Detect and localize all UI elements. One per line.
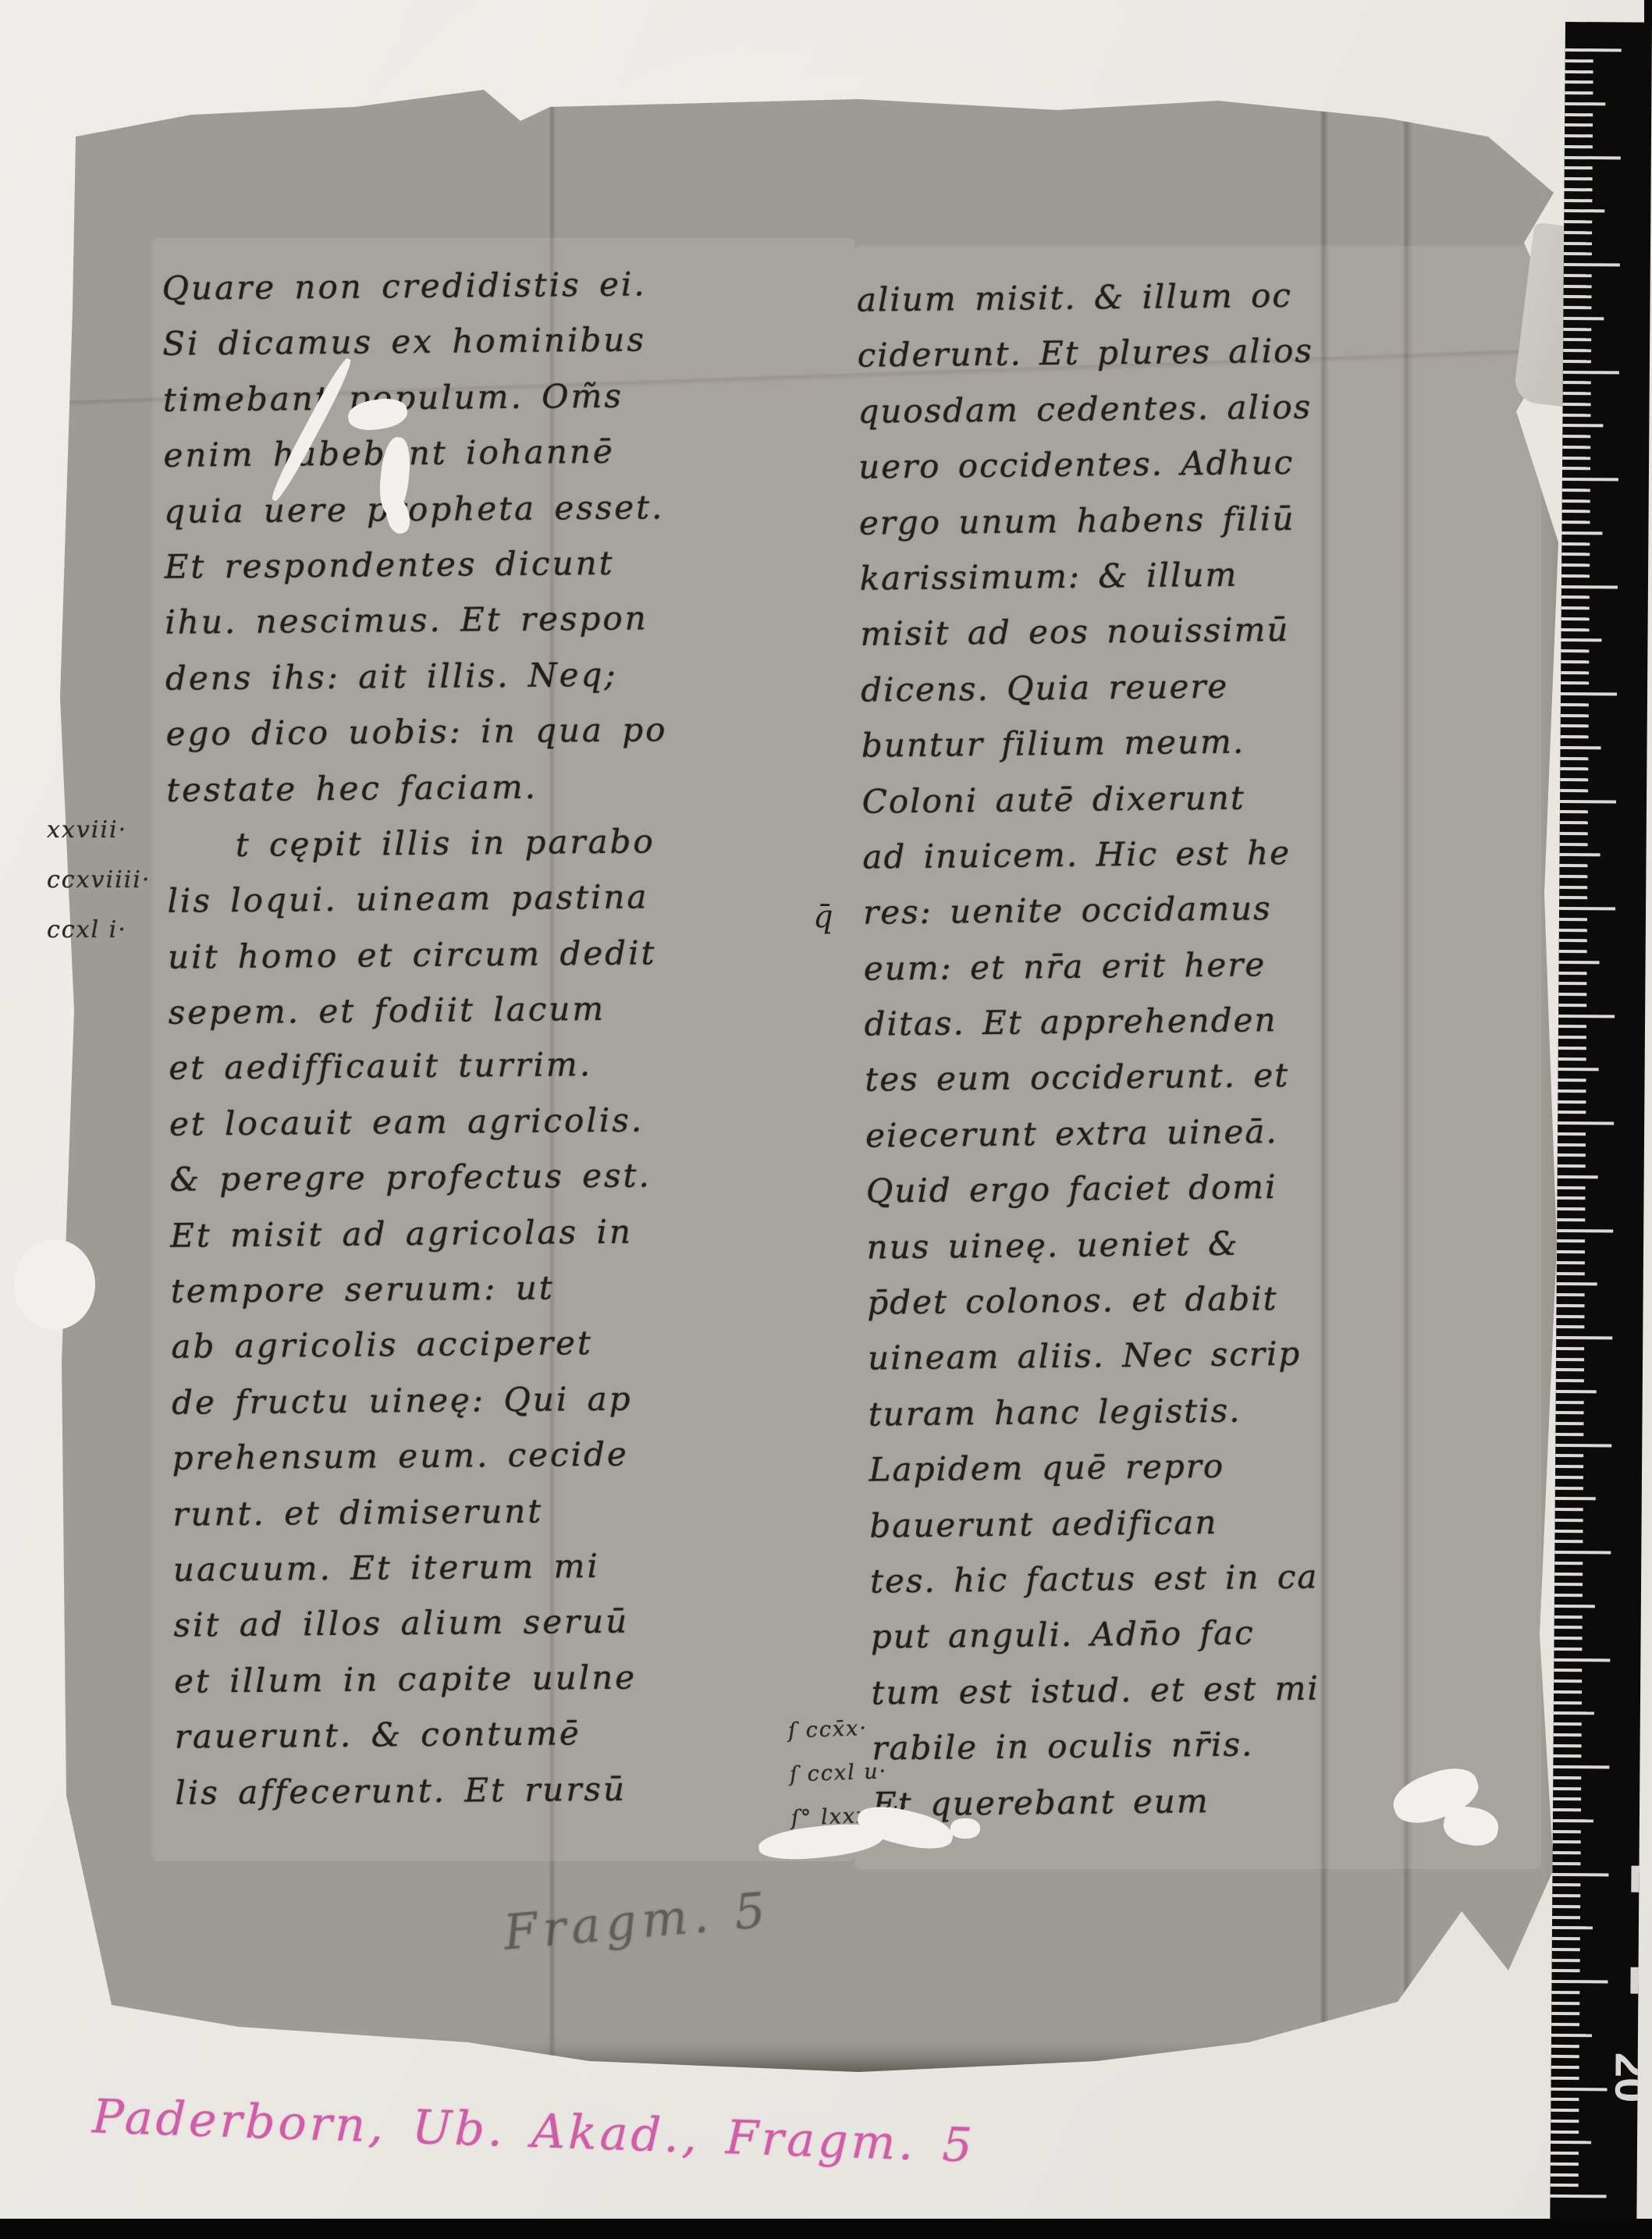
ruler-tick bbox=[1560, 821, 1588, 824]
ruler-tick bbox=[1561, 681, 1589, 684]
manuscript-line: Quid ergo faciet domi bbox=[866, 1157, 1561, 1220]
ruler-tick bbox=[1557, 1261, 1585, 1264]
ruler-tick bbox=[1559, 896, 1587, 899]
manuscript-line: uacuum. Et iterum mi bbox=[173, 1536, 851, 1598]
left-text-column: Quare non credidistis ei.Si dicamus ex h… bbox=[162, 254, 852, 1820]
ruler-tick bbox=[1562, 446, 1590, 449]
ruler-tick bbox=[1557, 1250, 1585, 1253]
ruler-tick bbox=[1554, 1551, 1611, 1555]
ruler-tick bbox=[1554, 1572, 1583, 1575]
ruler-tick bbox=[1557, 1196, 1585, 1199]
ruler-tick bbox=[1551, 2163, 1579, 2166]
ruler-tick bbox=[1552, 1872, 1608, 1876]
ruler-tick bbox=[1551, 2195, 1607, 2198]
ruler-tick bbox=[1564, 295, 1592, 298]
ruler-tick bbox=[1554, 1701, 1582, 1704]
margin-numeral: ccxl i· bbox=[47, 905, 151, 955]
ruler-tick bbox=[1561, 606, 1590, 610]
ruler-tick bbox=[1560, 853, 1600, 856]
ruler-tick bbox=[1557, 1239, 1585, 1242]
ruler-tick bbox=[1554, 1615, 1583, 1618]
ruler-tick bbox=[1553, 1851, 1581, 1854]
ruler-tick bbox=[1560, 756, 1588, 759]
ruler-tick bbox=[1561, 703, 1589, 706]
ruler-tick bbox=[1551, 2109, 1579, 2112]
ruler-tick bbox=[1558, 1143, 1586, 1146]
ruler-tick bbox=[1559, 875, 1587, 878]
left-margin-numerals: xxviii·ccxviiii·ccxl i· bbox=[47, 805, 151, 955]
ruler-tick bbox=[1561, 692, 1617, 696]
ruler-tick bbox=[1562, 478, 1618, 482]
ruler-tick bbox=[1552, 1969, 1580, 1972]
ruler-tick bbox=[1556, 1314, 1584, 1317]
ruler-tick bbox=[1558, 1068, 1599, 1071]
ruler-tick bbox=[1553, 1786, 1581, 1789]
ruler-tick bbox=[1553, 1840, 1581, 1843]
ruler-tick bbox=[1555, 1443, 1611, 1447]
ruler-tick bbox=[1552, 1937, 1580, 1940]
ruler-tick bbox=[1554, 1743, 1582, 1747]
edge-notch bbox=[14, 1239, 95, 1330]
ruler-tick bbox=[1565, 155, 1621, 159]
ruler-tick bbox=[1558, 1121, 1614, 1125]
ruler-tick bbox=[1558, 1089, 1586, 1093]
ruler-tick bbox=[1551, 2141, 1591, 2144]
manuscript-line: alium misit. & illum oc bbox=[857, 265, 1552, 328]
manuscript-line: testate hec faciam. bbox=[166, 756, 844, 818]
ruler-tick bbox=[1561, 649, 1589, 652]
ruler-tick bbox=[1551, 1980, 1608, 1984]
ruler-tick bbox=[1555, 1422, 1583, 1425]
intercolumn-correction-mark: q̄ bbox=[813, 899, 833, 935]
ruler-tick bbox=[1564, 198, 1592, 201]
ruler-tick bbox=[1565, 134, 1593, 137]
ruler-tick bbox=[1558, 1132, 1586, 1135]
ruler-tick bbox=[1551, 2152, 1579, 2155]
ruler-tick bbox=[1556, 1336, 1612, 1340]
ruler-tick bbox=[1551, 2023, 1579, 2026]
manuscript-line: tes eum occiderunt. et bbox=[865, 1045, 1560, 1108]
manuscript-line: et illum in capite uulne bbox=[174, 1647, 852, 1709]
ruler-tick bbox=[1564, 231, 1592, 234]
ruler-tick bbox=[1557, 1207, 1585, 1210]
ruler-tick bbox=[1561, 735, 1589, 738]
manuscript-line: runt. et dimiserunt bbox=[172, 1480, 851, 1542]
ruler-tick bbox=[1561, 660, 1589, 663]
ruler-tick bbox=[1558, 1047, 1586, 1050]
ruler-tick bbox=[1564, 252, 1592, 255]
margin-numeral: ſ ccx̄x· bbox=[787, 1705, 905, 1753]
ruler-tick bbox=[1553, 1765, 1609, 1769]
ruler-tick bbox=[1565, 123, 1593, 126]
ruler-tick bbox=[1564, 188, 1592, 191]
ruler-tick bbox=[1561, 627, 1590, 631]
manuscript-photo: Quare non credidistis ei.Si dicamus ex h… bbox=[0, 0, 1652, 2239]
ruler-tick bbox=[1562, 467, 1590, 470]
manuscript-line: bauerunt aedifican bbox=[869, 1491, 1565, 1554]
ruler-tick bbox=[1563, 403, 1591, 406]
ruler-tick bbox=[1551, 1991, 1579, 1994]
manuscript-line: quosdam cedentes. alios bbox=[858, 376, 1553, 439]
ruler-tick bbox=[1560, 832, 1588, 835]
ruler-tick bbox=[1560, 789, 1588, 792]
ruler-tick bbox=[1565, 145, 1593, 148]
ruler-tick bbox=[1553, 1829, 1581, 1832]
manuscript-line: rauerunt. & contumē bbox=[174, 1703, 852, 1765]
ruler-tick bbox=[1552, 1883, 1580, 1886]
manuscript-line: ciderunt. Et plures alios bbox=[857, 321, 1552, 384]
ruler-tick bbox=[1551, 2066, 1579, 2069]
ruler-tick bbox=[1556, 1390, 1597, 1393]
manuscript-line: t cępit illis in parabo bbox=[167, 812, 845, 873]
manuscript-line: Lapidem quē repro bbox=[869, 1435, 1564, 1498]
ruler-tick bbox=[1553, 1808, 1581, 1811]
photo-bottom-edge bbox=[0, 2219, 1652, 2239]
ruler-tick bbox=[1560, 799, 1616, 803]
manuscript-line: tes. hic factus est in ca bbox=[870, 1546, 1565, 1609]
ruler-tick bbox=[1563, 360, 1591, 363]
ruler-tick bbox=[1557, 1304, 1585, 1307]
manuscript-line: karissimum: & illum bbox=[859, 543, 1554, 606]
manuscript-line: tempore seruum: ut bbox=[171, 1257, 849, 1319]
ruler-tick bbox=[1558, 1004, 1586, 1007]
manuscript-line: Si dicamus ex hominibus bbox=[162, 311, 840, 372]
manuscript-line: res: uenite occidamus bbox=[863, 878, 1558, 941]
ruler-tick bbox=[1557, 1228, 1613, 1232]
margin-numeral: xxviii· bbox=[47, 805, 151, 855]
ruler-tick bbox=[1558, 1036, 1586, 1039]
ruler-tick bbox=[1553, 1819, 1593, 1822]
ruler-tick bbox=[1558, 1175, 1598, 1178]
ruler-tick bbox=[1554, 1529, 1583, 1532]
manuscript-line: prehensum eum. cecide bbox=[172, 1424, 850, 1486]
ruler-tick bbox=[1555, 1433, 1583, 1436]
ruler-tick bbox=[1563, 381, 1591, 384]
ruler-tick bbox=[1561, 553, 1590, 556]
ruler-tick bbox=[1561, 638, 1601, 641]
manuscript-line: uit homo et circum dedit bbox=[168, 923, 846, 985]
ruler-tick bbox=[1551, 2087, 1607, 2091]
ruler-tick bbox=[1564, 284, 1592, 287]
ruler-tick bbox=[1558, 1014, 1615, 1018]
ruler-tick bbox=[1551, 2184, 1579, 2187]
manuscript-line: uineam aliis. Nec scrip bbox=[868, 1324, 1563, 1387]
manuscript-line: quia uere propheta esset. bbox=[164, 478, 842, 539]
ruler-tick bbox=[1558, 1025, 1586, 1028]
ruler-tick bbox=[1557, 1218, 1585, 1221]
ruler-tick bbox=[1558, 1057, 1586, 1060]
manuscript-line: ergo unum habens filiū bbox=[859, 488, 1554, 551]
manuscript-line: sepem. et fodiit lacum bbox=[168, 979, 846, 1040]
ruler-tick bbox=[1561, 595, 1590, 599]
ruler-tick bbox=[1564, 209, 1604, 212]
ruler-tick bbox=[1554, 1722, 1582, 1725]
manuscript-line: Et misit ad agricolas in bbox=[170, 1202, 848, 1263]
ruler-tick bbox=[1558, 971, 1586, 974]
ruler-tick bbox=[1560, 746, 1600, 749]
ruler-tick bbox=[1551, 2098, 1579, 2101]
tear-hole bbox=[950, 1818, 980, 1839]
ruler-tick bbox=[1551, 2034, 1592, 2037]
ruler-tick bbox=[1561, 670, 1589, 673]
ruler-tick bbox=[1557, 1271, 1585, 1274]
ruler-tick bbox=[1562, 499, 1590, 502]
ruler-tick bbox=[1558, 1185, 1586, 1189]
right-text-column: alium misit. & illum occiderunt. Et plur… bbox=[857, 265, 1568, 1832]
manuscript-line: eum: et nr̄a erit here bbox=[864, 933, 1559, 997]
ruler-tick bbox=[1559, 928, 1587, 931]
ruler-tick bbox=[1559, 950, 1587, 953]
manuscript-line: put anguli. Adn̄o fac bbox=[871, 1602, 1566, 1665]
ruler-tick bbox=[1551, 2044, 1579, 2047]
manuscript-line: lis affecerunt. Et rursū bbox=[175, 1759, 853, 1821]
ruler-tick bbox=[1553, 1797, 1581, 1800]
manuscript-line: rabile in oculis nr̄is. bbox=[872, 1713, 1567, 1776]
ruler-tick bbox=[1564, 220, 1592, 223]
margin-numeral: ccxviiii· bbox=[47, 855, 151, 905]
ruler-tick bbox=[1555, 1454, 1583, 1457]
ruler-tick bbox=[1553, 1776, 1581, 1779]
ruler-tick bbox=[1551, 2077, 1579, 2080]
ruler-tick bbox=[1562, 456, 1590, 459]
ruler-tick bbox=[1554, 1594, 1583, 1597]
ruler-tick bbox=[1565, 166, 1593, 169]
manuscript-line: dens ihs: ait illis. Neq; bbox=[165, 645, 844, 706]
ruler-tick bbox=[1556, 1368, 1584, 1371]
ruler-tick bbox=[1554, 1669, 1582, 1672]
ruler-tick bbox=[1563, 370, 1619, 374]
manuscript-line: ego dico uobis: in qua po bbox=[165, 700, 844, 762]
manuscript-line: Et respondentes dicunt bbox=[164, 533, 842, 595]
ruler-tick bbox=[1555, 1497, 1596, 1500]
manuscript-line: tum est istud. et est mi bbox=[871, 1658, 1566, 1721]
ruler-number-fragment bbox=[1631, 1866, 1639, 1892]
ruler-tick bbox=[1565, 59, 1593, 62]
ruler-tick bbox=[1553, 1862, 1581, 1865]
manuscript-line: et locauit eam agricolis. bbox=[169, 1090, 847, 1152]
ruler-tick bbox=[1559, 864, 1587, 867]
manuscript-line: Quare non credidistis ei. bbox=[162, 254, 840, 316]
manuscript-line: ad inuicem. Hic est he bbox=[862, 822, 1558, 885]
ruler-tick bbox=[1555, 1465, 1583, 1468]
ruler-tick bbox=[1561, 713, 1589, 716]
ruler-tick bbox=[1560, 778, 1588, 781]
manuscript-line: de fructu uineę: Qui ap bbox=[172, 1369, 850, 1430]
ruler-tick bbox=[1552, 1958, 1580, 1961]
ruler-tick bbox=[1563, 349, 1591, 352]
ruler-tick bbox=[1554, 1540, 1583, 1543]
manuscript-line: p̄det colonos. et dabit bbox=[867, 1267, 1562, 1331]
ruler-tick bbox=[1554, 1637, 1583, 1640]
manuscript-line: ditas. Et apprehenden bbox=[864, 989, 1559, 1052]
ruler-tick bbox=[1554, 1626, 1583, 1629]
ruler-tick bbox=[1552, 1894, 1580, 1897]
ruler-tick bbox=[1556, 1400, 1584, 1403]
ruler-tick bbox=[1551, 2055, 1579, 2058]
ruler-tick bbox=[1556, 1325, 1584, 1328]
ruler-tick bbox=[1565, 102, 1605, 105]
ruler-tick bbox=[1551, 2001, 1579, 2004]
ruler-tick bbox=[1554, 1583, 1583, 1586]
ruler-tick bbox=[1559, 885, 1587, 888]
ruler-tick bbox=[1557, 1282, 1597, 1285]
manuscript-line: ab agricolis acciperet bbox=[171, 1313, 849, 1375]
ruler-tick bbox=[1562, 413, 1590, 416]
ruler-tick bbox=[1552, 1926, 1593, 1929]
ruler-tick bbox=[1553, 1754, 1581, 1757]
ruler-tick bbox=[1561, 563, 1590, 567]
ruler-tick bbox=[1560, 810, 1588, 813]
ruler-tick bbox=[1552, 1948, 1580, 1951]
manuscript-line: dicens. Quia reuere bbox=[861, 655, 1556, 718]
ruler-tick bbox=[1558, 1111, 1586, 1114]
manuscript-line: nus uineę. ueniet & bbox=[866, 1212, 1561, 1275]
ruler-tick bbox=[1551, 2130, 1579, 2133]
ruler-tick bbox=[1561, 531, 1602, 535]
ruler-tick bbox=[1556, 1357, 1584, 1360]
ruler-number-fragment bbox=[1630, 1967, 1638, 1994]
ruler-tick bbox=[1558, 1164, 1586, 1167]
ruler-tick bbox=[1558, 993, 1586, 996]
manuscript-line: enim habebant iohannē bbox=[163, 421, 841, 483]
ruler-tick bbox=[1554, 1733, 1582, 1736]
photo-edge bbox=[1644, 0, 1652, 23]
manuscript-line: sit ad illos alium seruū bbox=[173, 1592, 851, 1654]
ruler: 20 bbox=[1550, 22, 1652, 2222]
ruler-tick bbox=[1554, 1679, 1582, 1683]
ruler-tick bbox=[1563, 392, 1591, 395]
ruler-tick bbox=[1561, 585, 1618, 588]
ruler-tick bbox=[1559, 907, 1615, 911]
manuscript-line: timebant populum. Om̃s bbox=[163, 366, 841, 428]
ruler-tick bbox=[1558, 1079, 1586, 1082]
ruler-tick bbox=[1554, 1658, 1610, 1661]
ruler-tick bbox=[1554, 1647, 1582, 1651]
ruler-tick bbox=[1563, 317, 1604, 320]
ruler-tick bbox=[1555, 1486, 1583, 1489]
ruler-tick bbox=[1557, 1293, 1585, 1296]
ruler-tick bbox=[1556, 1379, 1584, 1382]
ruler-tick bbox=[1565, 177, 1593, 180]
ruler-tick bbox=[1551, 2120, 1579, 2123]
ruler-tick bbox=[1565, 69, 1593, 73]
ruler-tick bbox=[1562, 489, 1590, 492]
ruler-tick bbox=[1559, 961, 1600, 964]
ruler-tick bbox=[1565, 112, 1593, 116]
ruler-tick bbox=[1562, 435, 1590, 438]
ruler-tick bbox=[1554, 1605, 1595, 1608]
margin-numeral: ſ ccxl u· bbox=[789, 1749, 907, 1797]
ruler-tick bbox=[1556, 1411, 1584, 1414]
manuscript-line: ihu. nescimus. Et respon bbox=[165, 589, 843, 651]
manuscript-line: & peregre profectus est. bbox=[169, 1146, 847, 1207]
ruler-tick bbox=[1558, 982, 1586, 985]
ruler-tick bbox=[1551, 2173, 1579, 2176]
manuscript-line: lis loqui. uineam pastina bbox=[167, 868, 845, 929]
ruler-tick bbox=[1564, 274, 1592, 277]
ruler-tick bbox=[1554, 1711, 1594, 1715]
ruler-tick bbox=[1565, 80, 1593, 84]
ruler-tick bbox=[1560, 842, 1588, 845]
ruler-tick bbox=[1561, 724, 1589, 727]
ruler-tick bbox=[1561, 574, 1590, 578]
ruler-tick bbox=[1551, 2012, 1579, 2015]
ruler-tick bbox=[1565, 91, 1593, 94]
ruler-tick bbox=[1560, 767, 1588, 770]
ruler-tick bbox=[1559, 939, 1587, 942]
manuscript-line: et aedifficauit turrim. bbox=[169, 1035, 847, 1096]
ruler-tick bbox=[1564, 241, 1592, 244]
manuscript-line: turam hanc legistis. bbox=[869, 1379, 1564, 1442]
ruler-tick bbox=[1558, 1100, 1586, 1103]
ruler-tick bbox=[1561, 542, 1590, 545]
manuscript-line: eiecerunt extra uineā. bbox=[865, 1100, 1561, 1164]
manuscript-line: misit ad eos nouissimū bbox=[860, 599, 1555, 663]
ruler-tick bbox=[1563, 327, 1591, 330]
ruler-tick bbox=[1552, 1905, 1580, 1908]
ruler-tick bbox=[1562, 510, 1590, 513]
ruler-tick bbox=[1552, 1915, 1580, 1918]
ruler-tick bbox=[1563, 306, 1591, 309]
ruler-tick bbox=[1564, 263, 1620, 267]
ruler-tick bbox=[1555, 1476, 1583, 1479]
ruler-tick bbox=[1554, 1690, 1582, 1693]
ruler-tick bbox=[1565, 48, 1622, 52]
manuscript-line: buntur filium meum. bbox=[862, 710, 1557, 773]
manuscript-line: Coloni autē dixerunt bbox=[862, 766, 1557, 830]
ruler-tick bbox=[1556, 1347, 1584, 1350]
manuscript-line: uero occidentes. Adhuc bbox=[858, 432, 1554, 496]
ruler-tick bbox=[1562, 521, 1590, 524]
ruler-tick bbox=[1563, 338, 1591, 341]
ruler-tick bbox=[1562, 424, 1603, 427]
ruler-tick bbox=[1554, 1562, 1583, 1565]
ruler-tick bbox=[1555, 1519, 1583, 1522]
ruler-tick bbox=[1561, 617, 1590, 620]
ruler-tick bbox=[1559, 918, 1587, 921]
ruler-tick bbox=[1558, 1153, 1586, 1157]
ruler-tick bbox=[1555, 1508, 1583, 1511]
